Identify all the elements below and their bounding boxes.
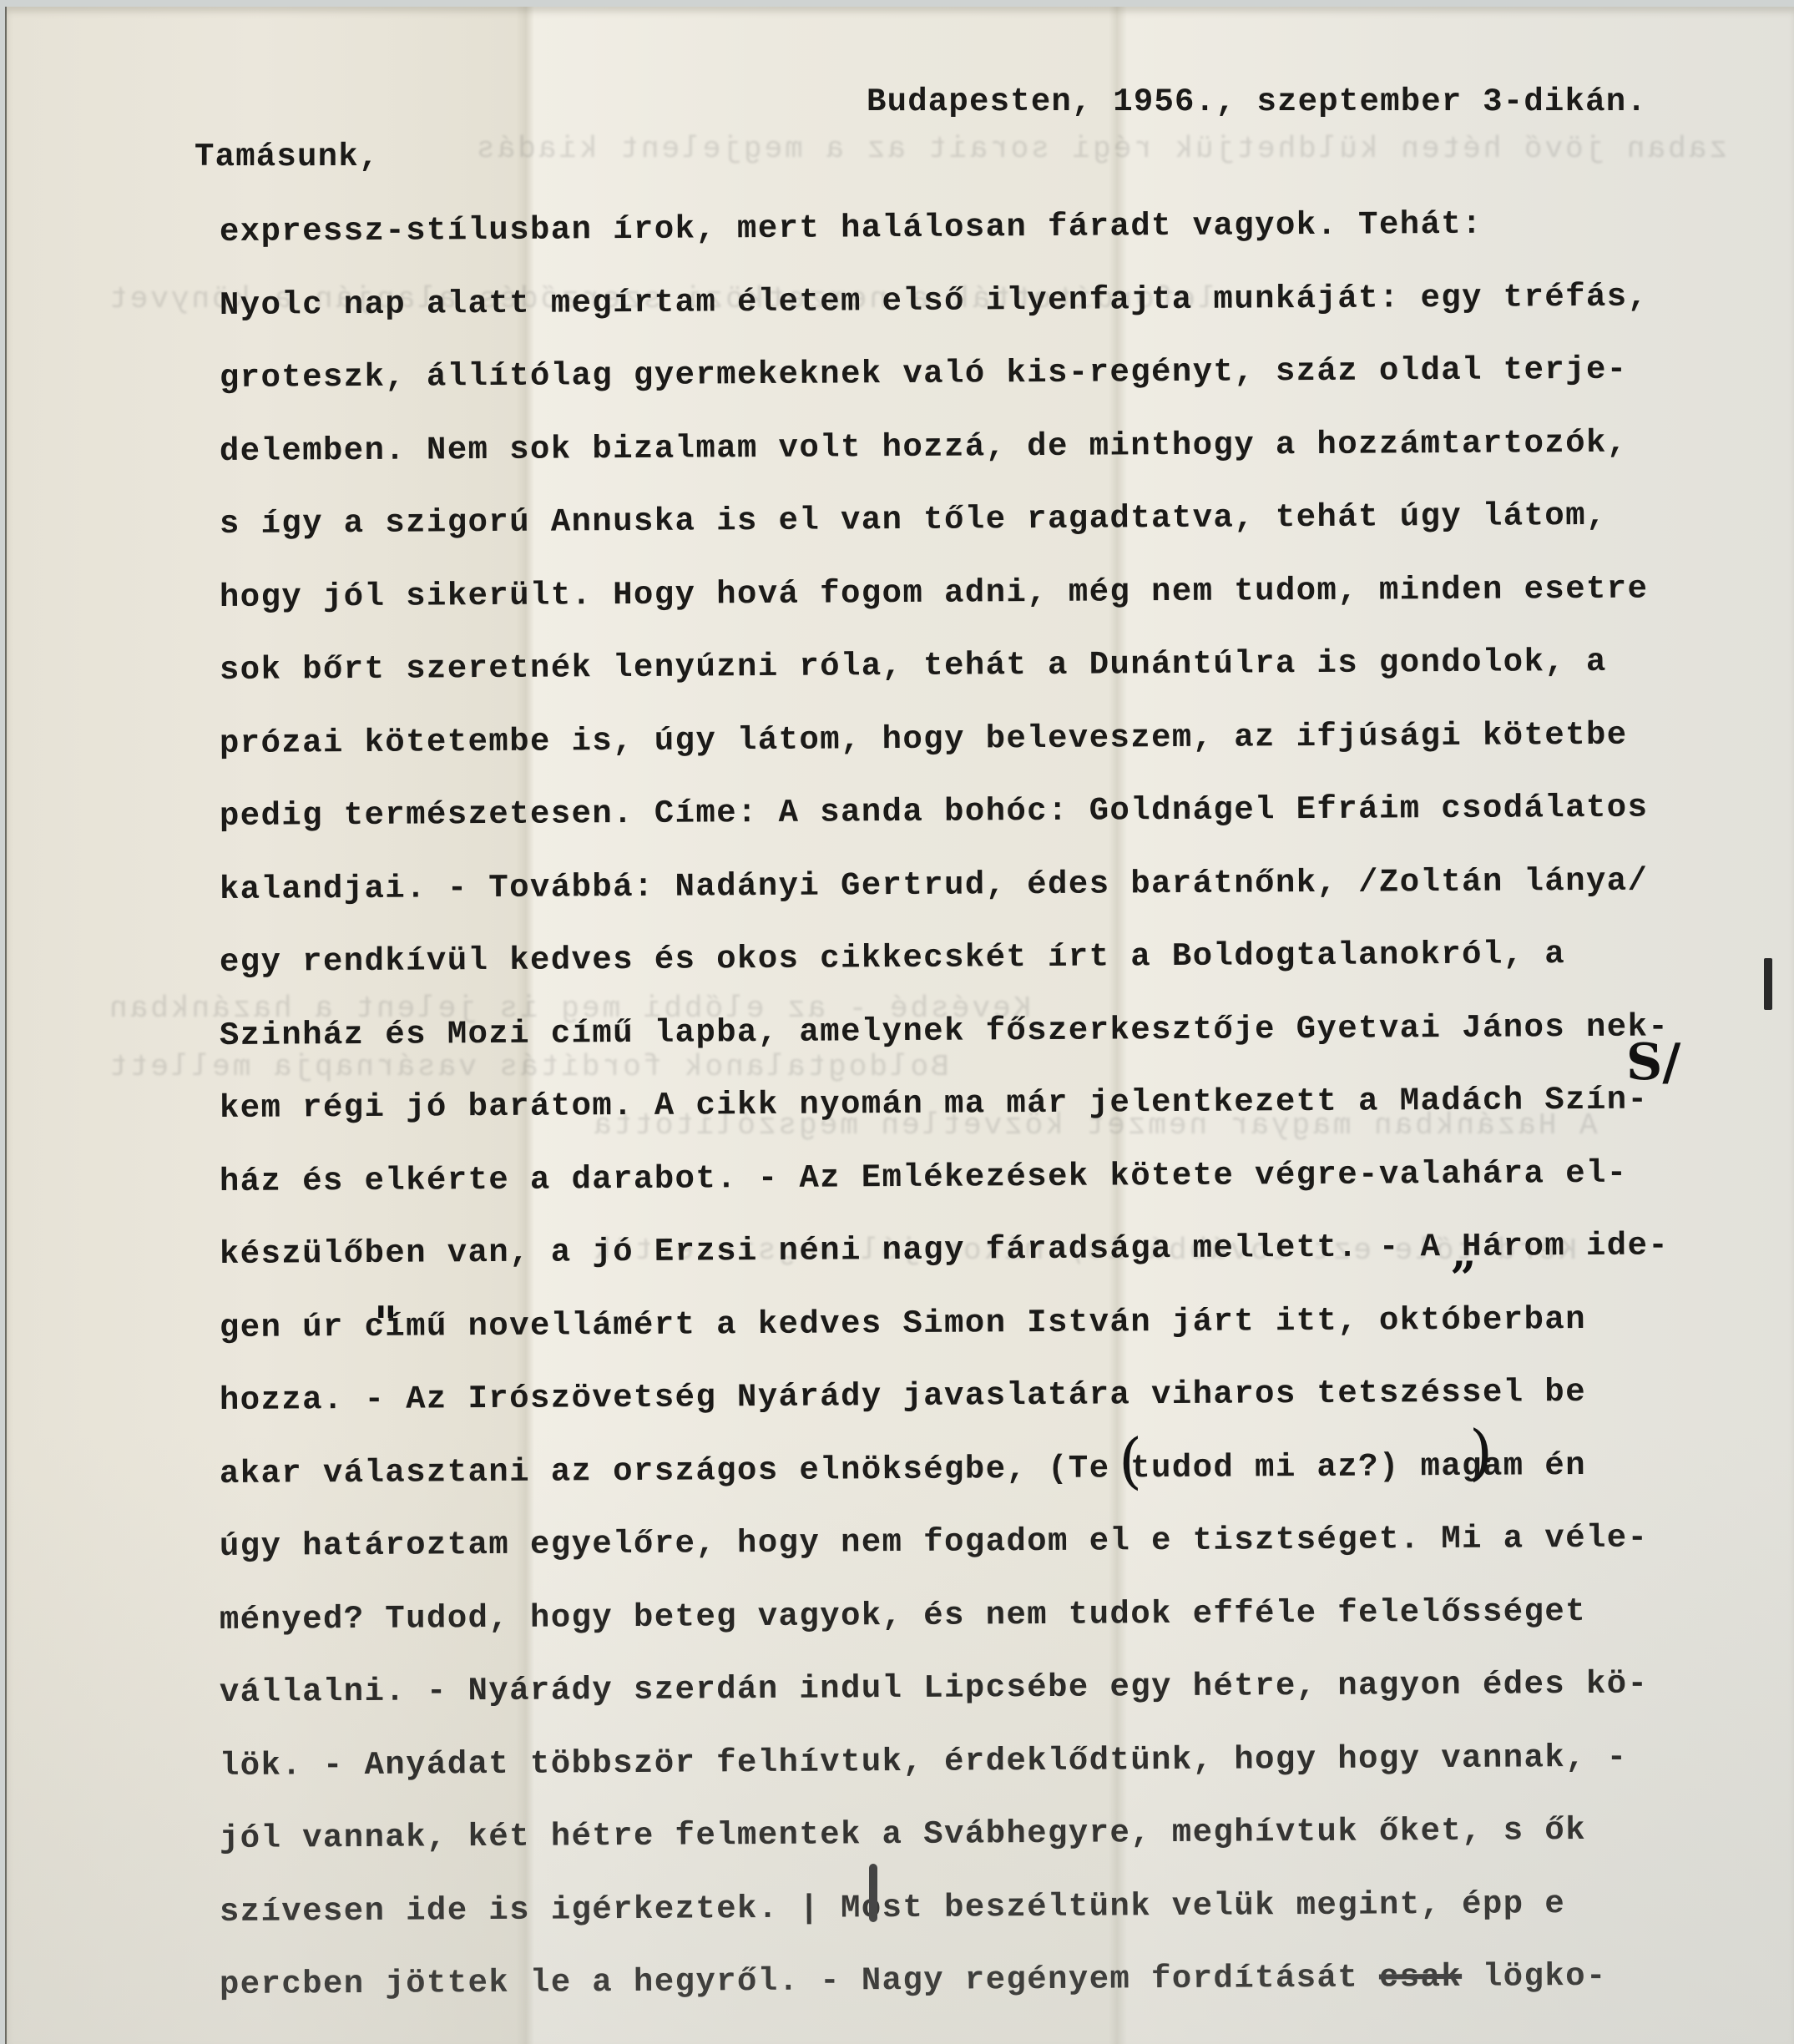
letter-salutation: Tamásunk,: [195, 139, 379, 175]
body-line: pedig természetesen. Címe: A sanda bohóc…: [220, 782, 1789, 865]
body-line: kem régi jó barátom. A cikk nyomán ma má…: [220, 1074, 1789, 1157]
body-line: lök. - Anyádat többször felhívtuk, érdek…: [220, 1731, 1789, 1814]
body-line: szívesen ide is igérkeztek. | Most beszé…: [220, 1877, 1789, 1960]
body-line: hozza. - Az Irószövetség Nyárády javasla…: [220, 1366, 1789, 1449]
letter-body: expressz-stílusban írok, mert halálosan …: [220, 207, 1789, 2033]
body-line: ményed? Tudod, hogy beteg vagyok, és nem…: [220, 1585, 1789, 1668]
body-line: akar választani az országos elnökségbe, …: [220, 1439, 1789, 1522]
handwritten-quote-close: ": [374, 1296, 397, 1350]
handwritten-quote-open: „: [1451, 1225, 1477, 1279]
letter-page: zaban jövő héten küldhetjük régi sorait …: [5, 7, 1794, 2044]
handwritten-correction-mark: [1764, 958, 1772, 1010]
body-line: ház és elkérte a darabot. - Az Emlékezés…: [220, 1147, 1789, 1229]
body-line: sok bőrt szeretnék lenyúzni róla, tehát …: [220, 636, 1789, 719]
body-line: gen úr című novellámért a kedves Simon I…: [220, 1293, 1789, 1375]
body-line-text: percben jöttek le a hegyről. - Nagy regé…: [220, 1960, 1379, 2003]
handwritten-paragraph-mark: [869, 1864, 877, 1922]
body-line: hogy jól sikerült. Hogy hová fogom adni,…: [220, 563, 1789, 645]
body-line: delemben. Nem sok bizalmam volt hozzá, d…: [220, 416, 1789, 499]
body-line: jól vannak, két hétre felmentek a Svábhe…: [220, 1804, 1789, 1887]
body-line-tail: lögko-: [1462, 1958, 1607, 1996]
body-line: expressz-stílusban írok, mert halálosan …: [220, 198, 1789, 280]
body-line: prózai kötetembe is, úgy látom, hogy bel…: [220, 709, 1789, 791]
struck-word: csak: [1379, 1959, 1462, 1996]
handwritten-paren-open: (: [1119, 1426, 1142, 1496]
handwritten-sz-correction: S/: [1626, 1033, 1680, 1092]
body-line: Nyolc nap alatt megírtam életem első ily…: [220, 270, 1789, 353]
body-line: s így a szigorú Annuska is el van tőle r…: [220, 490, 1789, 573]
body-line: groteszk, állítólag gyermekeknek való ki…: [220, 344, 1789, 426]
body-line: egy rendkívül kedves és okos cikkecskét …: [220, 928, 1789, 1011]
body-line: percben jöttek le a hegyről. - Nagy regé…: [220, 1951, 1789, 2033]
show-through-text: zaban jövő héten küldhetjük régi sorait …: [474, 132, 1727, 166]
body-line: úgy határoztam egyelőre, hogy nem fogado…: [220, 1512, 1789, 1595]
body-line: vállalni. - Nyárády szerdán indul Lipcsé…: [220, 1658, 1789, 1741]
letter-dateline: Budapesten, 1956., szeptember 3-dikán.: [867, 83, 1647, 120]
handwritten-paren-close: ): [1469, 1417, 1493, 1487]
body-line: kalandjai. - Továbbá: Nadányi Gertrud, é…: [220, 855, 1789, 937]
body-line: készülőben van, a jó Erzsi néni nagy fár…: [220, 1220, 1789, 1303]
body-line: Szinház és Mozi című lapba, amelynek fős…: [220, 1001, 1789, 1083]
